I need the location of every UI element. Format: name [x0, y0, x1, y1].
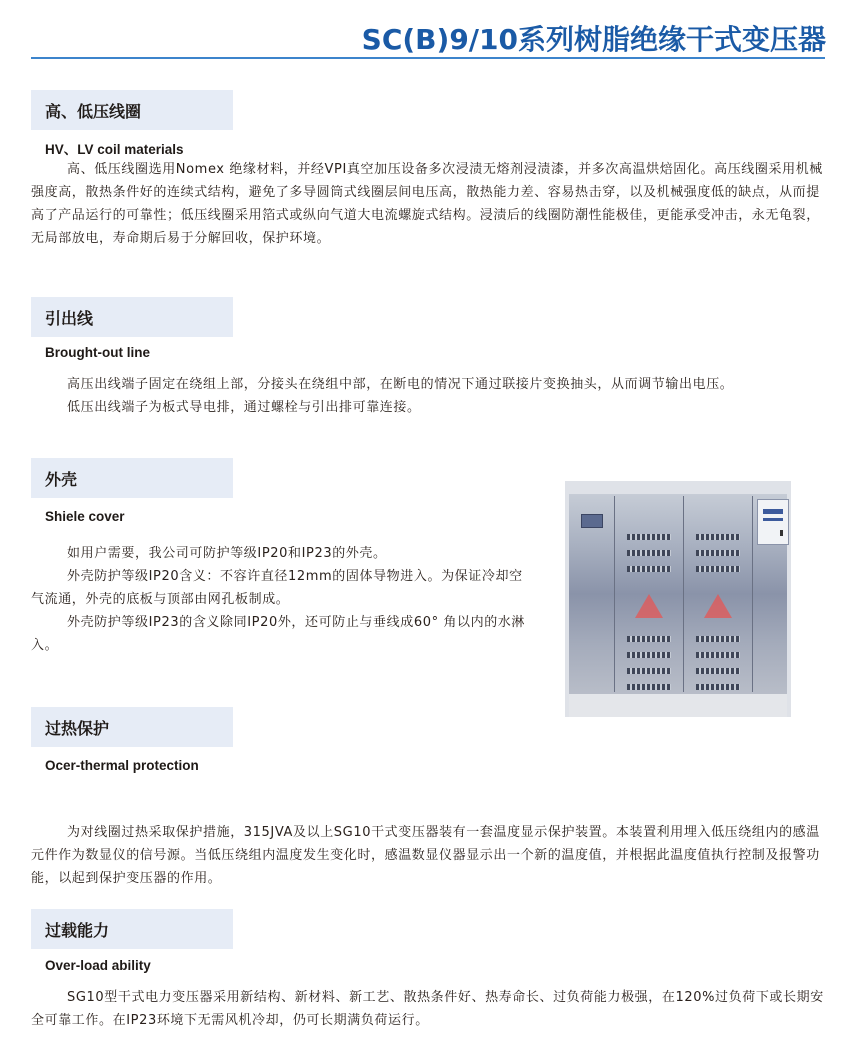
section-heading-thermal: 过热保护 — [31, 707, 233, 747]
paragraph: 高、低压线圈选用Nomex 绝缘材料，并经VPI真空加压设备多次浸渍无熔剂浸渍漆… — [31, 158, 831, 250]
section-subheading-leads: Brought-out line — [45, 345, 150, 360]
section-heading-label: 过载能力 — [45, 918, 109, 941]
section-subheading-thermal: Ocer-thermal protection — [45, 758, 199, 773]
section-body-coil: 高、低压线圈选用Nomex 绝缘材料，并经VPI真空加压设备多次浸渍无熔剂浸渍漆… — [31, 158, 831, 250]
warning-triangle-icon — [635, 594, 663, 618]
cabinet-door-right — [683, 496, 753, 692]
section-body-leads: 高压出线端子固定在绕组上部，分接头在绕组中部，在断电的情况下通过联接片变换抽头，… — [31, 373, 831, 419]
paragraph: 为对线圈过热采取保护措施，315JVA及以上SG10干式变压器装有一套温度显示保… — [31, 821, 831, 890]
section-body-cover: 如用户需要，我公司可防护等级IP20和IP23的外壳。 外壳防护等级IP20含义… — [31, 542, 531, 657]
cabinet-body — [569, 494, 787, 694]
section-heading-label: 高、低压线圈 — [45, 99, 141, 122]
floor — [569, 694, 787, 717]
section-heading-cover: 外壳 — [31, 458, 233, 498]
warning-triangle-icon — [704, 594, 732, 618]
page-title: SC(B)9/10系列树脂绝缘干式变压器 — [362, 18, 826, 58]
title-rule — [31, 57, 825, 59]
section-body-overload: SG10型干式电力变压器采用新结构、新材料、新工艺、散热条件好、热寿命长、过负荷… — [31, 986, 831, 1032]
section-body-thermal: 为对线圈过热采取保护措施，315JVA及以上SG10干式变压器装有一套温度显示保… — [31, 821, 831, 890]
paragraph: 外壳防护等级IP23的含义除同IP20外，还可防止与垂线成60° 角以内的水淋入… — [31, 611, 531, 657]
temperature-display-meter — [757, 499, 789, 545]
section-heading-label: 外壳 — [45, 467, 77, 490]
paragraph: 低压出线端子为板式导电排，通过螺栓与引出排可靠连接。 — [31, 396, 831, 419]
section-heading-coil: 高、低压线圈 — [31, 90, 233, 130]
section-subheading-overload: Over-load ability — [45, 958, 151, 973]
paragraph: 高压出线端子固定在绕组上部，分接头在绕组中部，在断电的情况下通过联接片变换抽头，… — [31, 373, 831, 396]
section-heading-leads: 引出线 — [31, 297, 233, 337]
enclosure-photo — [565, 481, 791, 717]
paragraph: 外壳防护等级IP20含义：不容许直径12mm的固体导物进入。为保证冷却空气流通，… — [31, 565, 531, 611]
section-subheading-coil: HV、LV coil materials — [45, 138, 184, 158]
paragraph: SG10型干式电力变压器采用新结构、新材料、新工艺、散热条件好、热寿命长、过负荷… — [31, 986, 831, 1032]
section-heading-overload: 过载能力 — [31, 909, 233, 949]
nameplate — [581, 514, 603, 528]
section-subheading-cover: Shiele cover — [45, 509, 125, 524]
section-heading-label: 过热保护 — [45, 716, 109, 739]
cabinet-door-left — [614, 496, 684, 692]
section-heading-label: 引出线 — [45, 306, 93, 329]
paragraph: 如用户需要，我公司可防护等级IP20和IP23的外壳。 — [31, 542, 531, 565]
